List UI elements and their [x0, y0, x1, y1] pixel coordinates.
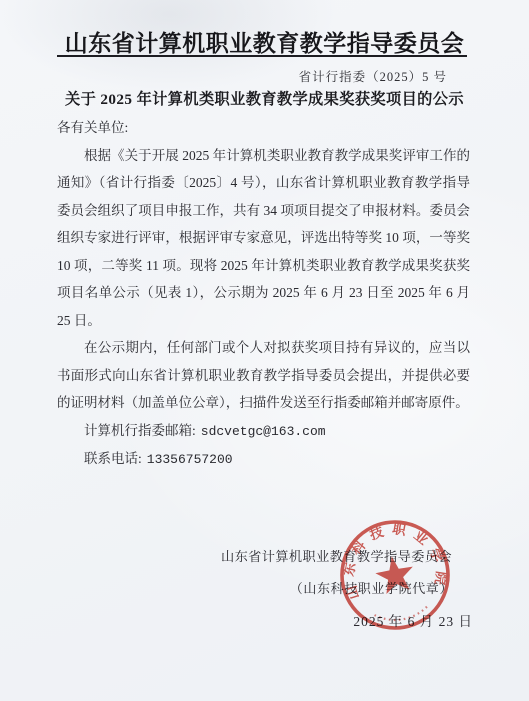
contact-phone-value: 13356757200 [147, 452, 233, 467]
document-number: 省计行指委（2025）5 号 [299, 67, 447, 85]
contact-phone-line: 联系电话:13356757200 [57, 445, 470, 474]
title-underline-rule [57, 55, 467, 57]
contact-email-label: 计算机行指委邮箱: [84, 423, 196, 438]
document-body: 各有关单位: 根据《关于开展 2025 年计算机类职业教育教学成果奖评审工作的通… [57, 114, 470, 474]
paragraph-2: 在公示期内，任何部门或个人对拟获奖项目持有异议的，应当以书面形式向山东省计算机职… [57, 334, 470, 417]
contact-phone-label: 联系电话: [84, 451, 142, 466]
official-red-seal: 山东科技职业学院 [328, 508, 462, 642]
issuing-org-title: 山东省计算机职业教育教学指导委员会 [0, 25, 529, 58]
salutation: 各有关单位: [57, 114, 470, 142]
seal-star-icon [373, 553, 417, 595]
scanned-document-page: 山东省计算机职业教育教学指导委员会 省计行指委（2025）5 号 关于 2025… [0, 0, 529, 701]
contact-email-value: sdcvetgc@163.com [201, 424, 326, 439]
paragraph-1: 根据《关于开展 2025 年计算机类职业教育教学成果奖评审工作的通知》（省计行指… [57, 142, 470, 335]
contact-email-line: 计算机行指委邮箱:sdcvetgc@163.com [57, 417, 470, 446]
announcement-heading: 关于 2025 年计算机类职业教育教学成果奖获奖项目的公示 [0, 88, 529, 109]
